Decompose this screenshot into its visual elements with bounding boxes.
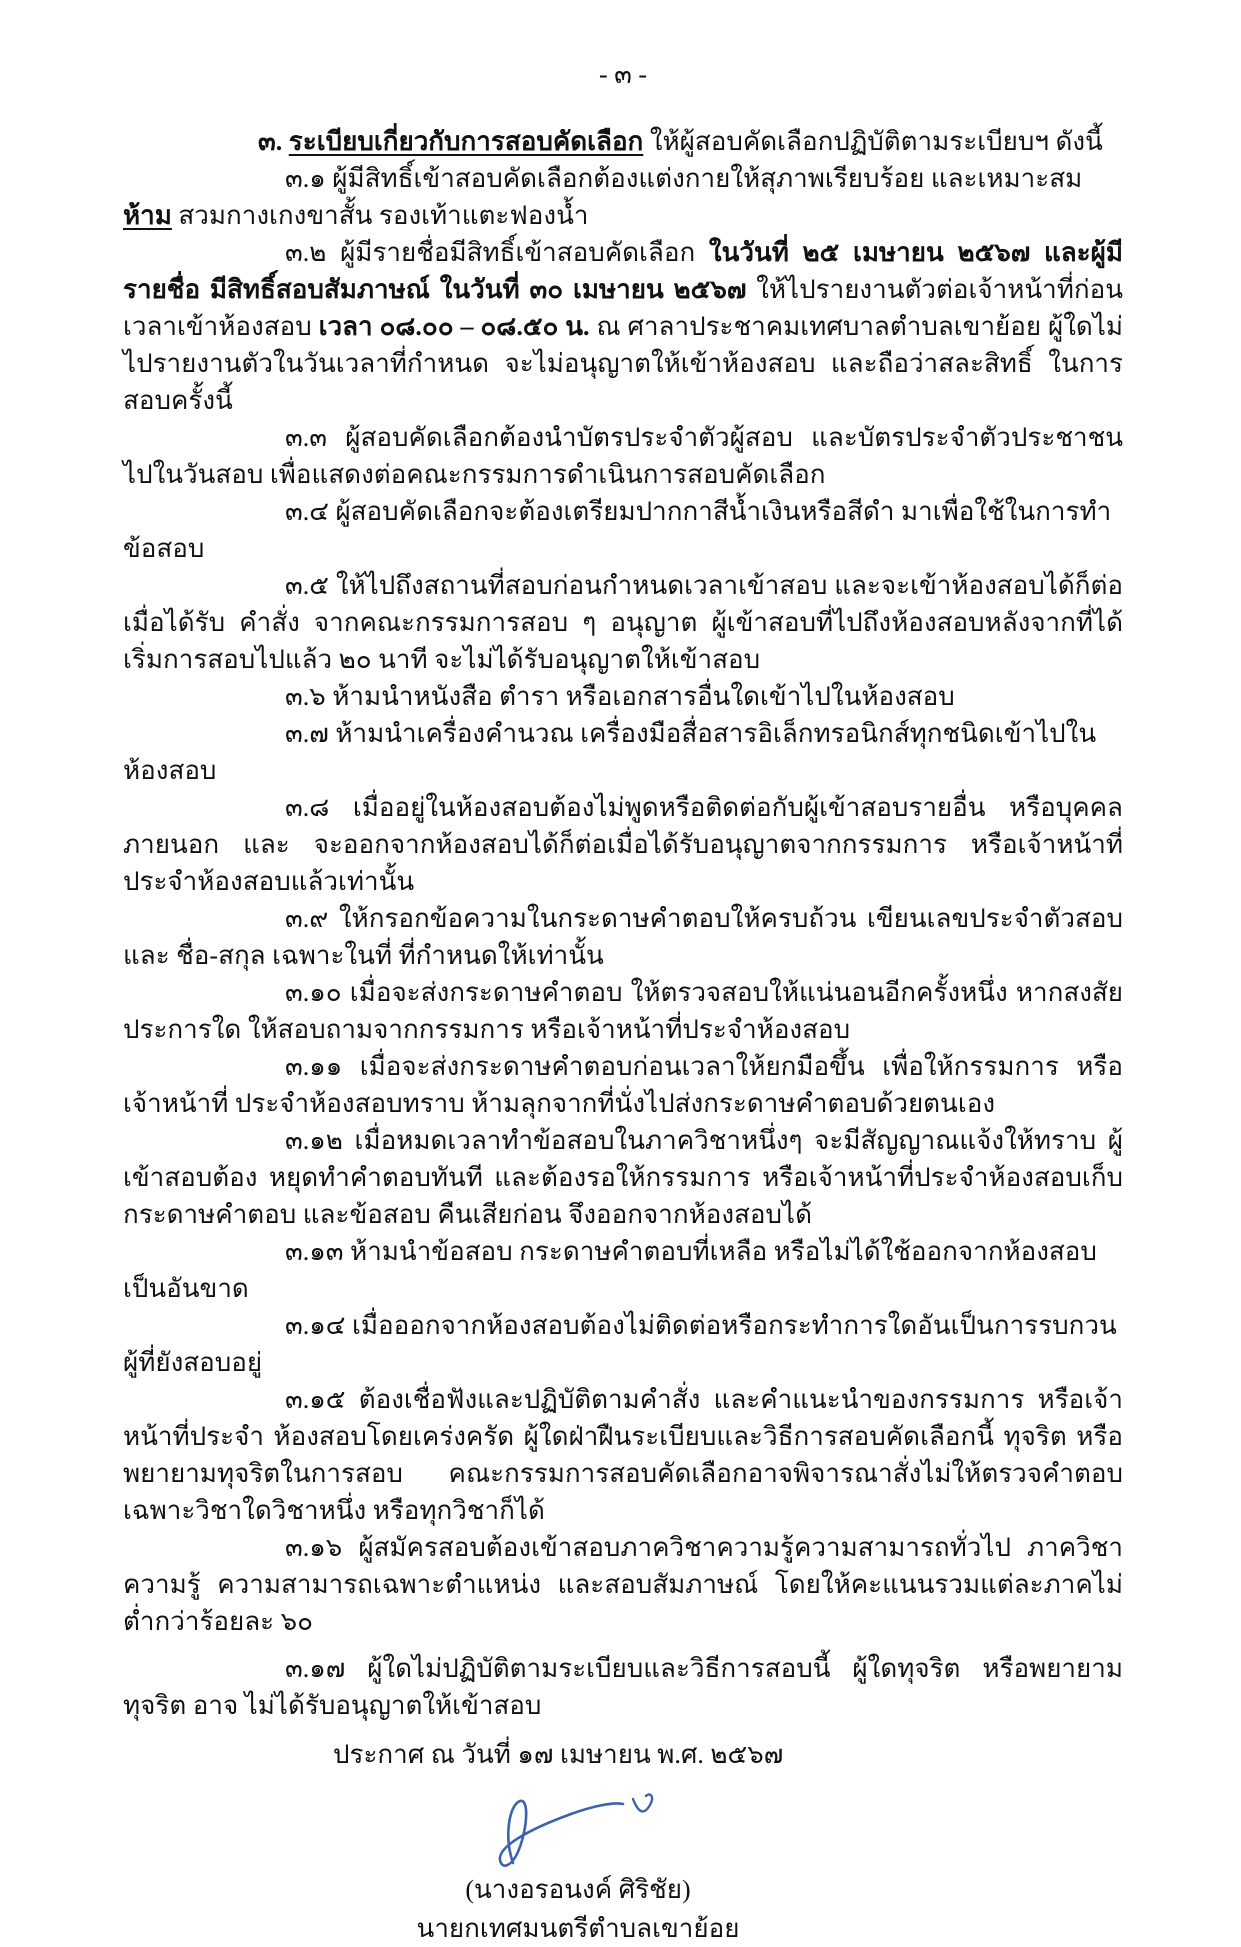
item-3-16: ๓.๑๖ ผู้สมัครสอบต้องเข้าสอบภาควิชาความรู… (123, 1529, 1123, 1640)
item-3-3: ๓.๓ ผู้สอบคัดเลือกต้องนำบัตรประจำตัวผู้ส… (123, 419, 1123, 493)
signature-ink-icon (473, 1789, 683, 1871)
section-title: ระเบียบเกี่ยวกับการสอบคัดเลือก (289, 127, 644, 156)
item-3-15: ๓.๑๕ ต้องเชื่อฟังและปฏิบัติตามคำสั่ง และ… (123, 1381, 1123, 1529)
item-3-8: ๓.๘ เมื่ออยู่ในห้องสอบต้องไม่พูดหรือติดต… (123, 789, 1123, 900)
item-3-10: ๓.๑๐ เมื่อจะส่งกระดาษคำตอบ ให้ตรวจสอบให้… (123, 974, 1123, 1048)
item-3-11: ๓.๑๑ เมื่อจะส่งกระดาษคำตอบก่อนเวลาให้ยกม… (123, 1048, 1123, 1122)
item-3-2-intro: ๓.๒ ผู้มีรายชื่อมีสิทธิ์เข้าสอบคัดเลือก (285, 238, 695, 267)
signatory-name: (นางอรอนงค์ ศิริชัย) (368, 1871, 788, 1908)
item-3-13: ๓.๑๓ ห้ามนำข้อสอบ กระดาษคำตอบที่เหลือ หร… (123, 1233, 1123, 1307)
item-3-2-time: เวลา ๐๘.๐๐ – ๐๘.๕๐ น. (319, 312, 590, 341)
item-3-6: ๓.๖ ห้ามนำหนังสือ ตำรา หรือเอกสารอื่นใดเ… (123, 678, 1123, 715)
section-number: ๓. (258, 127, 282, 156)
item-3-4: ๓.๔ ผู้สอบคัดเลือกจะต้องเตรียมปากกาสีน้ำ… (123, 493, 1123, 567)
item-3-2: ๓.๒ ผู้มีรายชื่อมีสิทธิ์เข้าสอบคัดเลือก … (123, 234, 1123, 419)
prohibition-label: ห้าม (123, 201, 172, 230)
prohibition-line: ห้าม สวมกางเกงขาสั้น รองเท้าแตะฟองน้ำ (123, 197, 1123, 234)
item-3-9: ๓.๙ ให้กรอกข้อความในกระดาษคำตอบให้ครบถ้ว… (123, 900, 1123, 974)
announcement-page: - ๓ - ๓. ระเบียบเกี่ยวกับการสอบคัดเลือก … (0, 0, 1241, 1755)
section-heading: ๓. ระเบียบเกี่ยวกับการสอบคัดเลือก ให้ผู้… (123, 123, 1123, 160)
item-3-14: ๓.๑๔ เมื่อออกจากห้องสอบต้องไม่ติดต่อหรือ… (123, 1307, 1123, 1381)
item-3-1: ๓.๑ ผู้มีสิทธิ์เข้าสอบคัดเลือกต้องแต่งกา… (123, 160, 1123, 197)
prohibition-text: สวมกางเกงขาสั้น รองเท้าแตะฟองน้ำ (178, 201, 588, 230)
section-heading-rest: ให้ผู้สอบคัดเลือกปฏิบัติตามระเบียบฯ ดังน… (650, 127, 1103, 156)
item-3-5: ๓.๕ ให้ไปถึงสถานที่สอบก่อนกำหนดเวลาเข้าส… (123, 567, 1123, 678)
item-3-17: ๓.๑๗ ผู้ใดไม่ปฏิบัติตามระเบียบและวิธีการ… (123, 1650, 1123, 1724)
page-number: - ๓ - (123, 56, 1123, 93)
signature-block: (นางอรอนงค์ ศิริชัย) นายกเทศมนตรีตำบลเขา… (368, 1789, 788, 1947)
signatory-title: นายกเทศมนตรีตำบลเขาย้อย (368, 1910, 788, 1947)
item-3-7: ๓.๗ ห้ามนำเครื่องคำนวณ เครื่องมือสื่อสาร… (123, 715, 1123, 789)
item-3-12: ๓.๑๒ เมื่อหมดเวลาทำข้อสอบในภาควิชาหนึ่งๆ… (123, 1122, 1123, 1233)
